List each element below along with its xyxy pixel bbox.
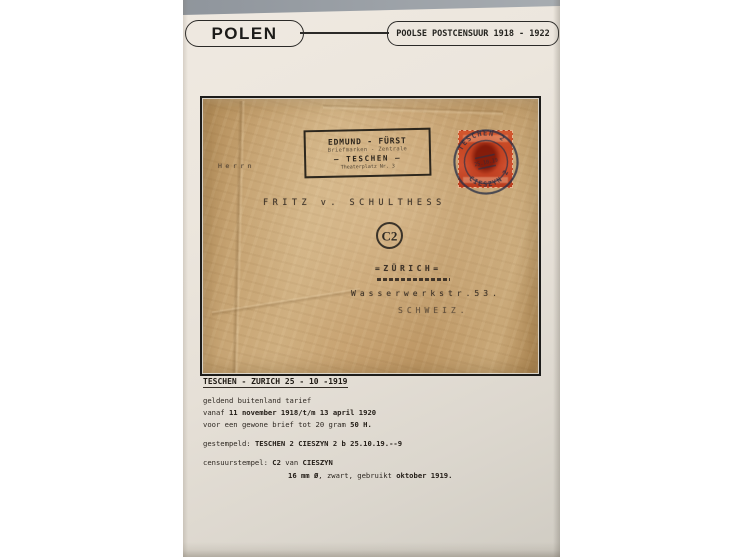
caption-line-4: gestempeld: TESCHEN 2 CIESZYN 2 b 25.10.… (203, 439, 402, 448)
caption-line-1: geldend buitenland tarief (203, 396, 311, 405)
envelope-frame: Herrn EDMUND - FÜRST Briefmarken - Zentr… (200, 96, 541, 376)
caption-line-6: 16 mm Ø, zwart, gebruikt oktober 1919. (288, 471, 452, 480)
envelope-crease (231, 101, 245, 373)
country-line: SCHWEIZ. (398, 306, 469, 315)
cachet-line-1: EDMUND - FÜRST (328, 136, 407, 147)
salutation-text: Herrn (218, 162, 255, 170)
svg-text:CIESZYN 2: CIESZYN 2 (466, 167, 513, 193)
censor-mark-label: C2 (382, 228, 398, 244)
svg-text:TESCHEN 2: TESCHEN 2 (454, 125, 508, 153)
street-line: Wasserwerkstr.53. (351, 289, 501, 298)
dealer-cachet-stamp: EDMUND - FÜRST Briefmarken - Zentrale — … (304, 128, 432, 179)
caption-line-5-bold-2: CIESZYN (303, 458, 333, 467)
cachet-line-3: — TESCHEN — (334, 153, 401, 163)
title-tab: POOLSE POSTCENSUUR 1918 - 1922 (387, 21, 559, 46)
postmark-icon: TESCHEN 2 CIESZYN 2 25.10.19 (443, 119, 528, 204)
cachet-line-4: Theaterplatz Nr. 3 (341, 163, 395, 170)
caption-line-5-text: censuurstempel: (203, 458, 272, 467)
postmark-town-bottom: CIESZYN 2 (466, 167, 513, 193)
caption-line-5-text-2: van (281, 458, 303, 467)
caption-line-3-text: voor een gewone brief tot 20 gram (203, 420, 350, 429)
caption-line-3-bold: 50 H. (350, 420, 372, 429)
caption-line-5: censuurstempel: C2 van CIESZYN (203, 458, 333, 467)
caption-line-6-bold-2: oktober 1919. (396, 471, 452, 480)
caption-line-3: voor een gewone brief tot 20 gram 50 H. (203, 420, 372, 429)
country-tab: POLEN (185, 20, 304, 47)
caption-line-2-bold: 11 november 1918/t/m 13 april 1920 (229, 408, 376, 417)
city-underline (377, 278, 450, 281)
page-title: POOLSE POSTCENSUUR 1918 - 1922 (396, 29, 550, 39)
caption-line-4-bold: TESCHEN 2 CIESZYN 2 b 25.10.19.--9 (255, 439, 402, 448)
caption-line-6-text: , zwart, gebruikt (318, 471, 396, 480)
addressee-line: FRITZ v. SCHULTHESS (263, 198, 446, 208)
caption-line-5-bold-1: C2 (272, 458, 281, 467)
envelope: Herrn EDMUND - FÜRST Briefmarken - Zentr… (203, 99, 538, 373)
envelope-crease (323, 104, 503, 116)
envelope-crease (211, 287, 360, 316)
caption-line-2-text: vanaf (203, 408, 229, 417)
caption-line-4-text: gestempeld: (203, 439, 255, 448)
header-connector-line (300, 32, 389, 34)
caption-title: TESCHEN - ZURICH 25 - 10 -1919 (203, 377, 348, 388)
caption-line-2: vanaf 11 november 1918/t/m 13 april 1920 (203, 408, 376, 417)
album-page-photo: POLEN POOLSE POSTCENSUUR 1918 - 1922 Her… (183, 0, 560, 557)
censor-mark-c2: C2 (376, 222, 403, 249)
country-label: POLEN (211, 24, 277, 44)
city-line: =ZÜRICH= (375, 264, 442, 273)
postmark-town-top: TESCHEN 2 (454, 125, 508, 153)
caption-line-6-bold-1: 16 mm Ø (288, 471, 318, 480)
